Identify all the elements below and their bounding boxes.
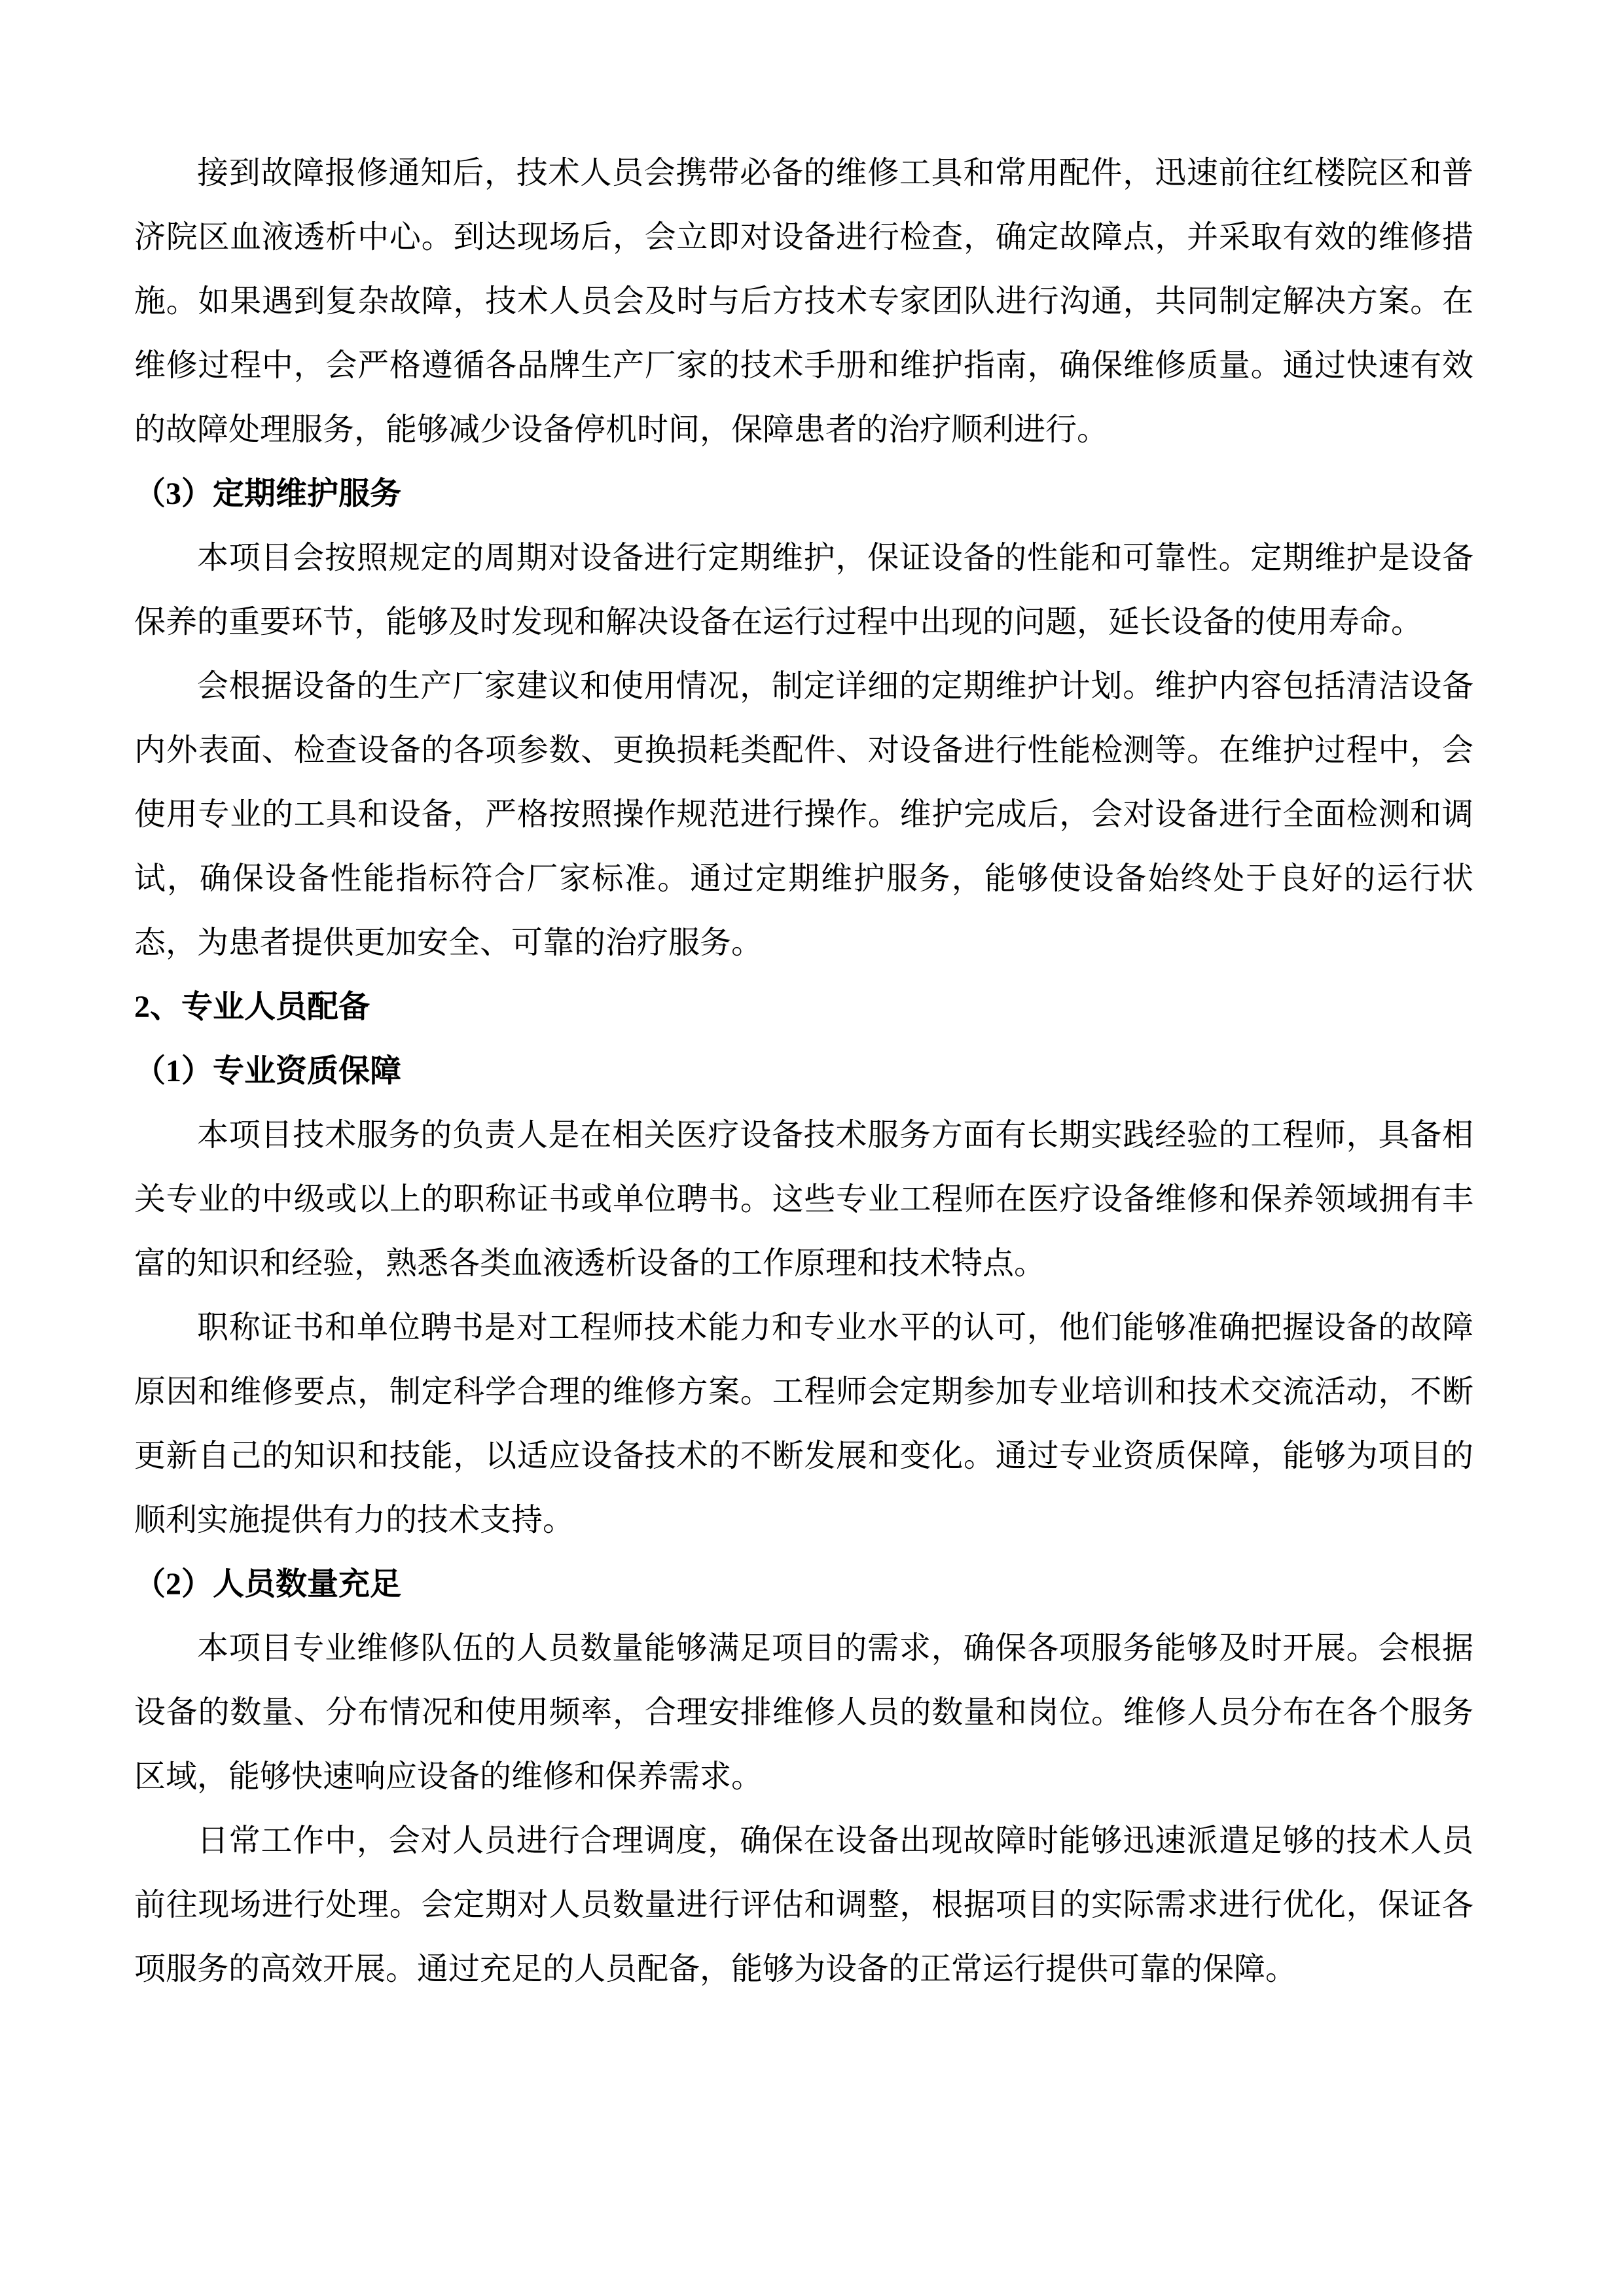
- document-body: 接到故障报修通知后，技术人员会携带必备的维修工具和常用配件，迅速前往红楼院区和普…: [134, 141, 1473, 2001]
- body-paragraph: 日常工作中，会对人员进行合理调度，确保在设备出现故障时能够迅速派遣足够的技术人员…: [134, 1809, 1473, 2001]
- body-paragraph: 本项目专业维修队伍的人员数量能够满足项目的需求，确保各项服务能够及时开展。会根据…: [134, 1617, 1473, 1809]
- body-paragraph: 本项目技术服务的负责人是在相关医疗设备技术服务方面有长期实践经验的工程师，具备相…: [134, 1103, 1473, 1296]
- body-paragraph: 会根据设备的生产厂家建议和使用情况，制定详细的定期维护计划。维护内容包括清洁设备…: [134, 655, 1473, 975]
- section-heading-professional-staffing: 2、专业人员配备: [134, 975, 1473, 1039]
- body-paragraph: 职称证书和单位聘书是对工程师技术能力和专业水平的认可，他们能够准确把握设备的故障…: [134, 1296, 1473, 1552]
- document-page: 接到故障报修通知后，技术人员会携带必备的维修工具和常用配件，迅速前往红楼院区和普…: [0, 0, 1624, 2296]
- body-paragraph: 接到故障报修通知后，技术人员会携带必备的维修工具和常用配件，迅速前往红楼院区和普…: [134, 141, 1473, 462]
- section-heading-periodic-maintenance: （3）定期维护服务: [134, 462, 1473, 526]
- section-heading-sufficient-personnel: （2）人员数量充足: [134, 1552, 1473, 1617]
- body-paragraph: 本项目会按照规定的周期对设备进行定期维护，保证设备的性能和可靠性。定期维护是设备…: [134, 526, 1473, 655]
- section-heading-qualification-guarantee: （1）专业资质保障: [134, 1039, 1473, 1103]
